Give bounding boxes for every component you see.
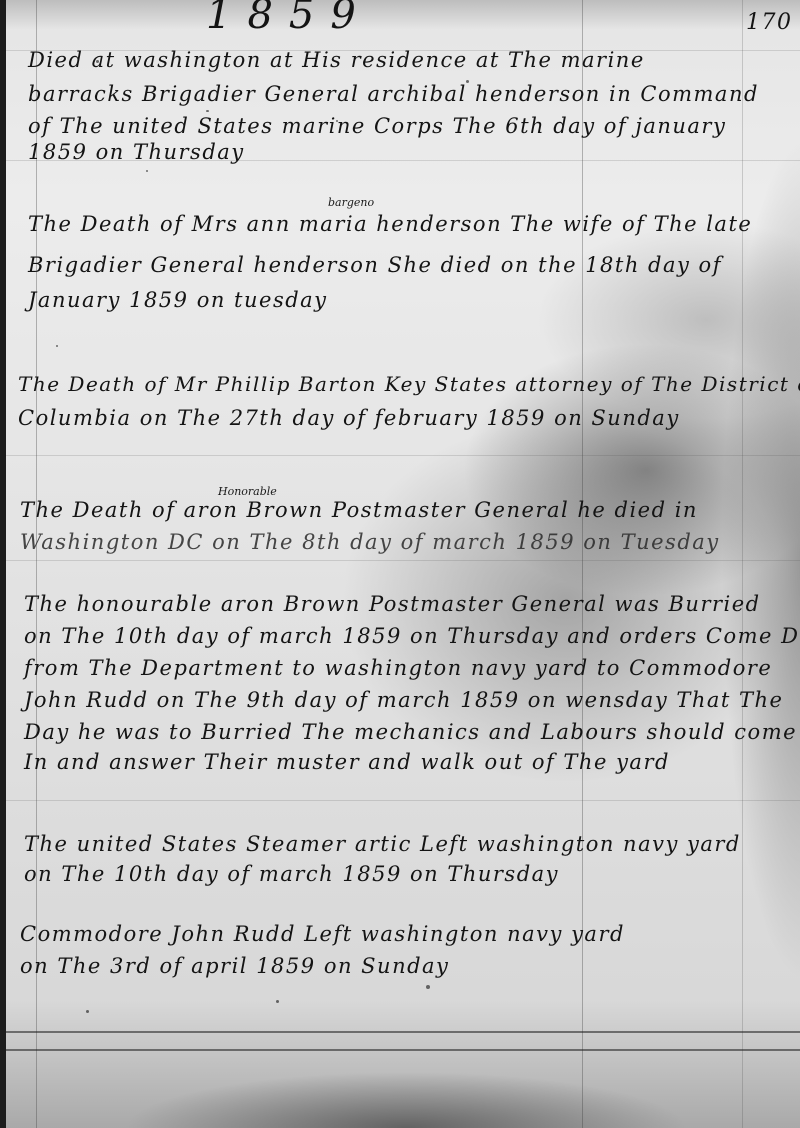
- entry-line: from The Department to washington navy y…: [24, 656, 772, 680]
- interlineation: Honorable: [218, 485, 277, 498]
- page-number: 170: [746, 10, 793, 35]
- entry-line: Brigadier General henderson She died on …: [28, 253, 722, 277]
- entry-line: The honourable aron Brown Postmaster Gen…: [24, 592, 761, 616]
- entry-line: Day he was to Burried The mechanics and …: [24, 720, 797, 744]
- entry-line: January 1859 on tuesday: [28, 288, 328, 312]
- entry-line: Died at washington at His residence at T…: [28, 48, 645, 72]
- entry-line: on The 3rd of april 1859 on Sunday: [20, 954, 449, 978]
- entry-line: Columbia on The 27th day of february 185…: [18, 406, 680, 430]
- ruled-line: [6, 800, 800, 801]
- year-heading: 1859: [206, 0, 372, 38]
- entry-line: The Death of aron Brown Postmaster Gener…: [20, 498, 698, 522]
- entry-line: The Death of Mr Phillip Barton Key State…: [18, 372, 800, 396]
- entry-line: of The united States marine Corps The 6t…: [28, 114, 726, 138]
- entry-line: The united States Steamer artic Left was…: [24, 832, 741, 856]
- column-rule: [742, 0, 743, 1128]
- entry-line: barracks Brigadier General archibal hend…: [28, 82, 759, 106]
- entry-line: 1859 on Thursday: [28, 140, 245, 164]
- entry-line: John Rudd on The 9th day of march 1859 o…: [24, 688, 783, 712]
- ledger-page: 1859 170 Died at washington at His resid…: [6, 0, 800, 1128]
- ruled-line: [6, 1049, 800, 1051]
- entry-line: on The 10th day of march 1859 on Thursda…: [24, 624, 800, 648]
- ruled-line: [6, 560, 800, 561]
- ruled-line: [6, 1031, 800, 1033]
- entry-line: In and answer Their muster and walk out …: [24, 750, 670, 774]
- entry-line: The Death of Mrs ann maria henderson The…: [28, 212, 752, 236]
- entry-line: Commodore John Rudd Left washington navy…: [20, 922, 625, 946]
- interlineation: bargeno: [328, 196, 374, 209]
- column-rule: [582, 0, 583, 1128]
- entry-line: on The 10th day of march 1859 on Thursda…: [24, 862, 559, 886]
- entry-line: Washington DC on The 8th day of march 18…: [20, 530, 720, 554]
- ruled-line: [6, 455, 800, 456]
